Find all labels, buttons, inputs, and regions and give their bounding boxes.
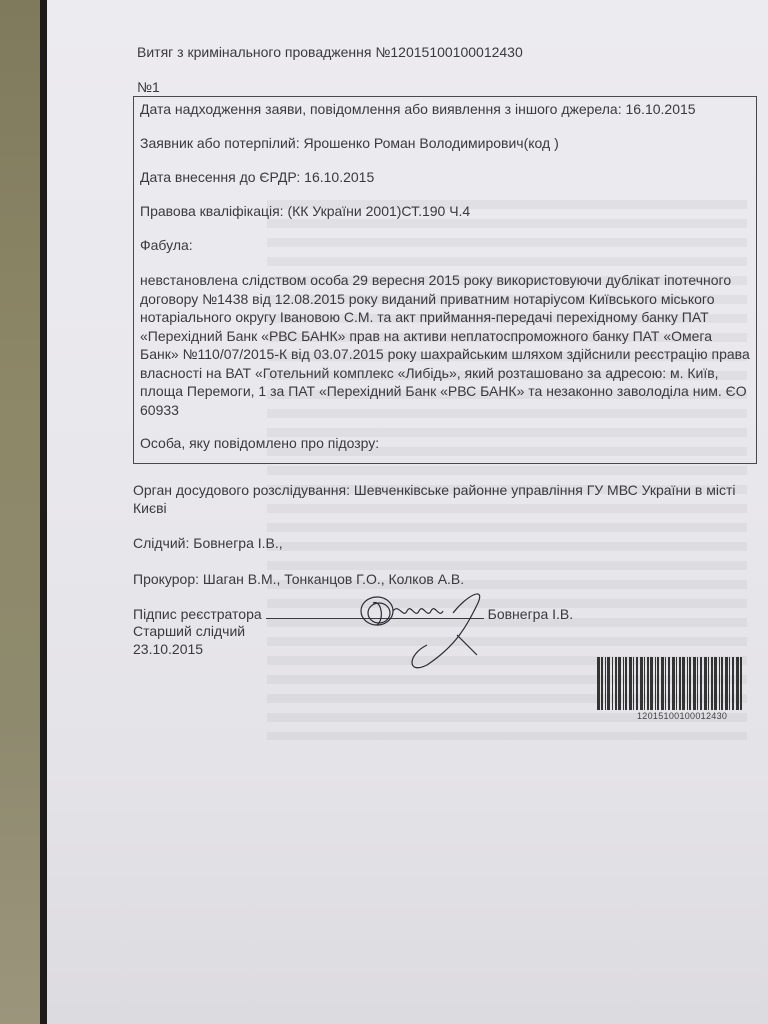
barcode-number: 12015100100012430 xyxy=(637,711,727,721)
barcode xyxy=(597,657,768,710)
investigator: Слідчий: Бовнегра І.В., xyxy=(133,534,753,552)
signature-label: Підпис реєстратора xyxy=(133,606,262,622)
plot-label: Фабула: xyxy=(140,237,750,254)
case-details-box: Дата надходження заяви, повідомлення або… xyxy=(133,96,757,464)
investigation-body: Орган досудового розслідування: Шевченкі… xyxy=(133,481,753,517)
document-title: Витяг з кримінального провадження №12015… xyxy=(137,44,523,60)
entry-number: №1 xyxy=(137,79,160,95)
handwritten-signature xyxy=(347,575,507,675)
suspect-label: Особа, яку повідомлено про підозру: xyxy=(140,435,750,452)
erdr-date: Дата внесення до ЄРДР: 16.10.2015 xyxy=(140,169,750,186)
plot-text: невстановлена слідством особа 29 вересня… xyxy=(140,271,750,419)
received-date: Дата надходження заяви, повідомлення або… xyxy=(140,101,750,118)
legal-qualification: Правова кваліфікація: (КК України 2001)С… xyxy=(140,203,750,220)
page-edge-shadow xyxy=(40,0,47,1024)
applicant: Заявник або потерпілий: Ярошенко Роман В… xyxy=(140,135,750,152)
document-page: Витяг з кримінального провадження №12015… xyxy=(47,0,768,1024)
